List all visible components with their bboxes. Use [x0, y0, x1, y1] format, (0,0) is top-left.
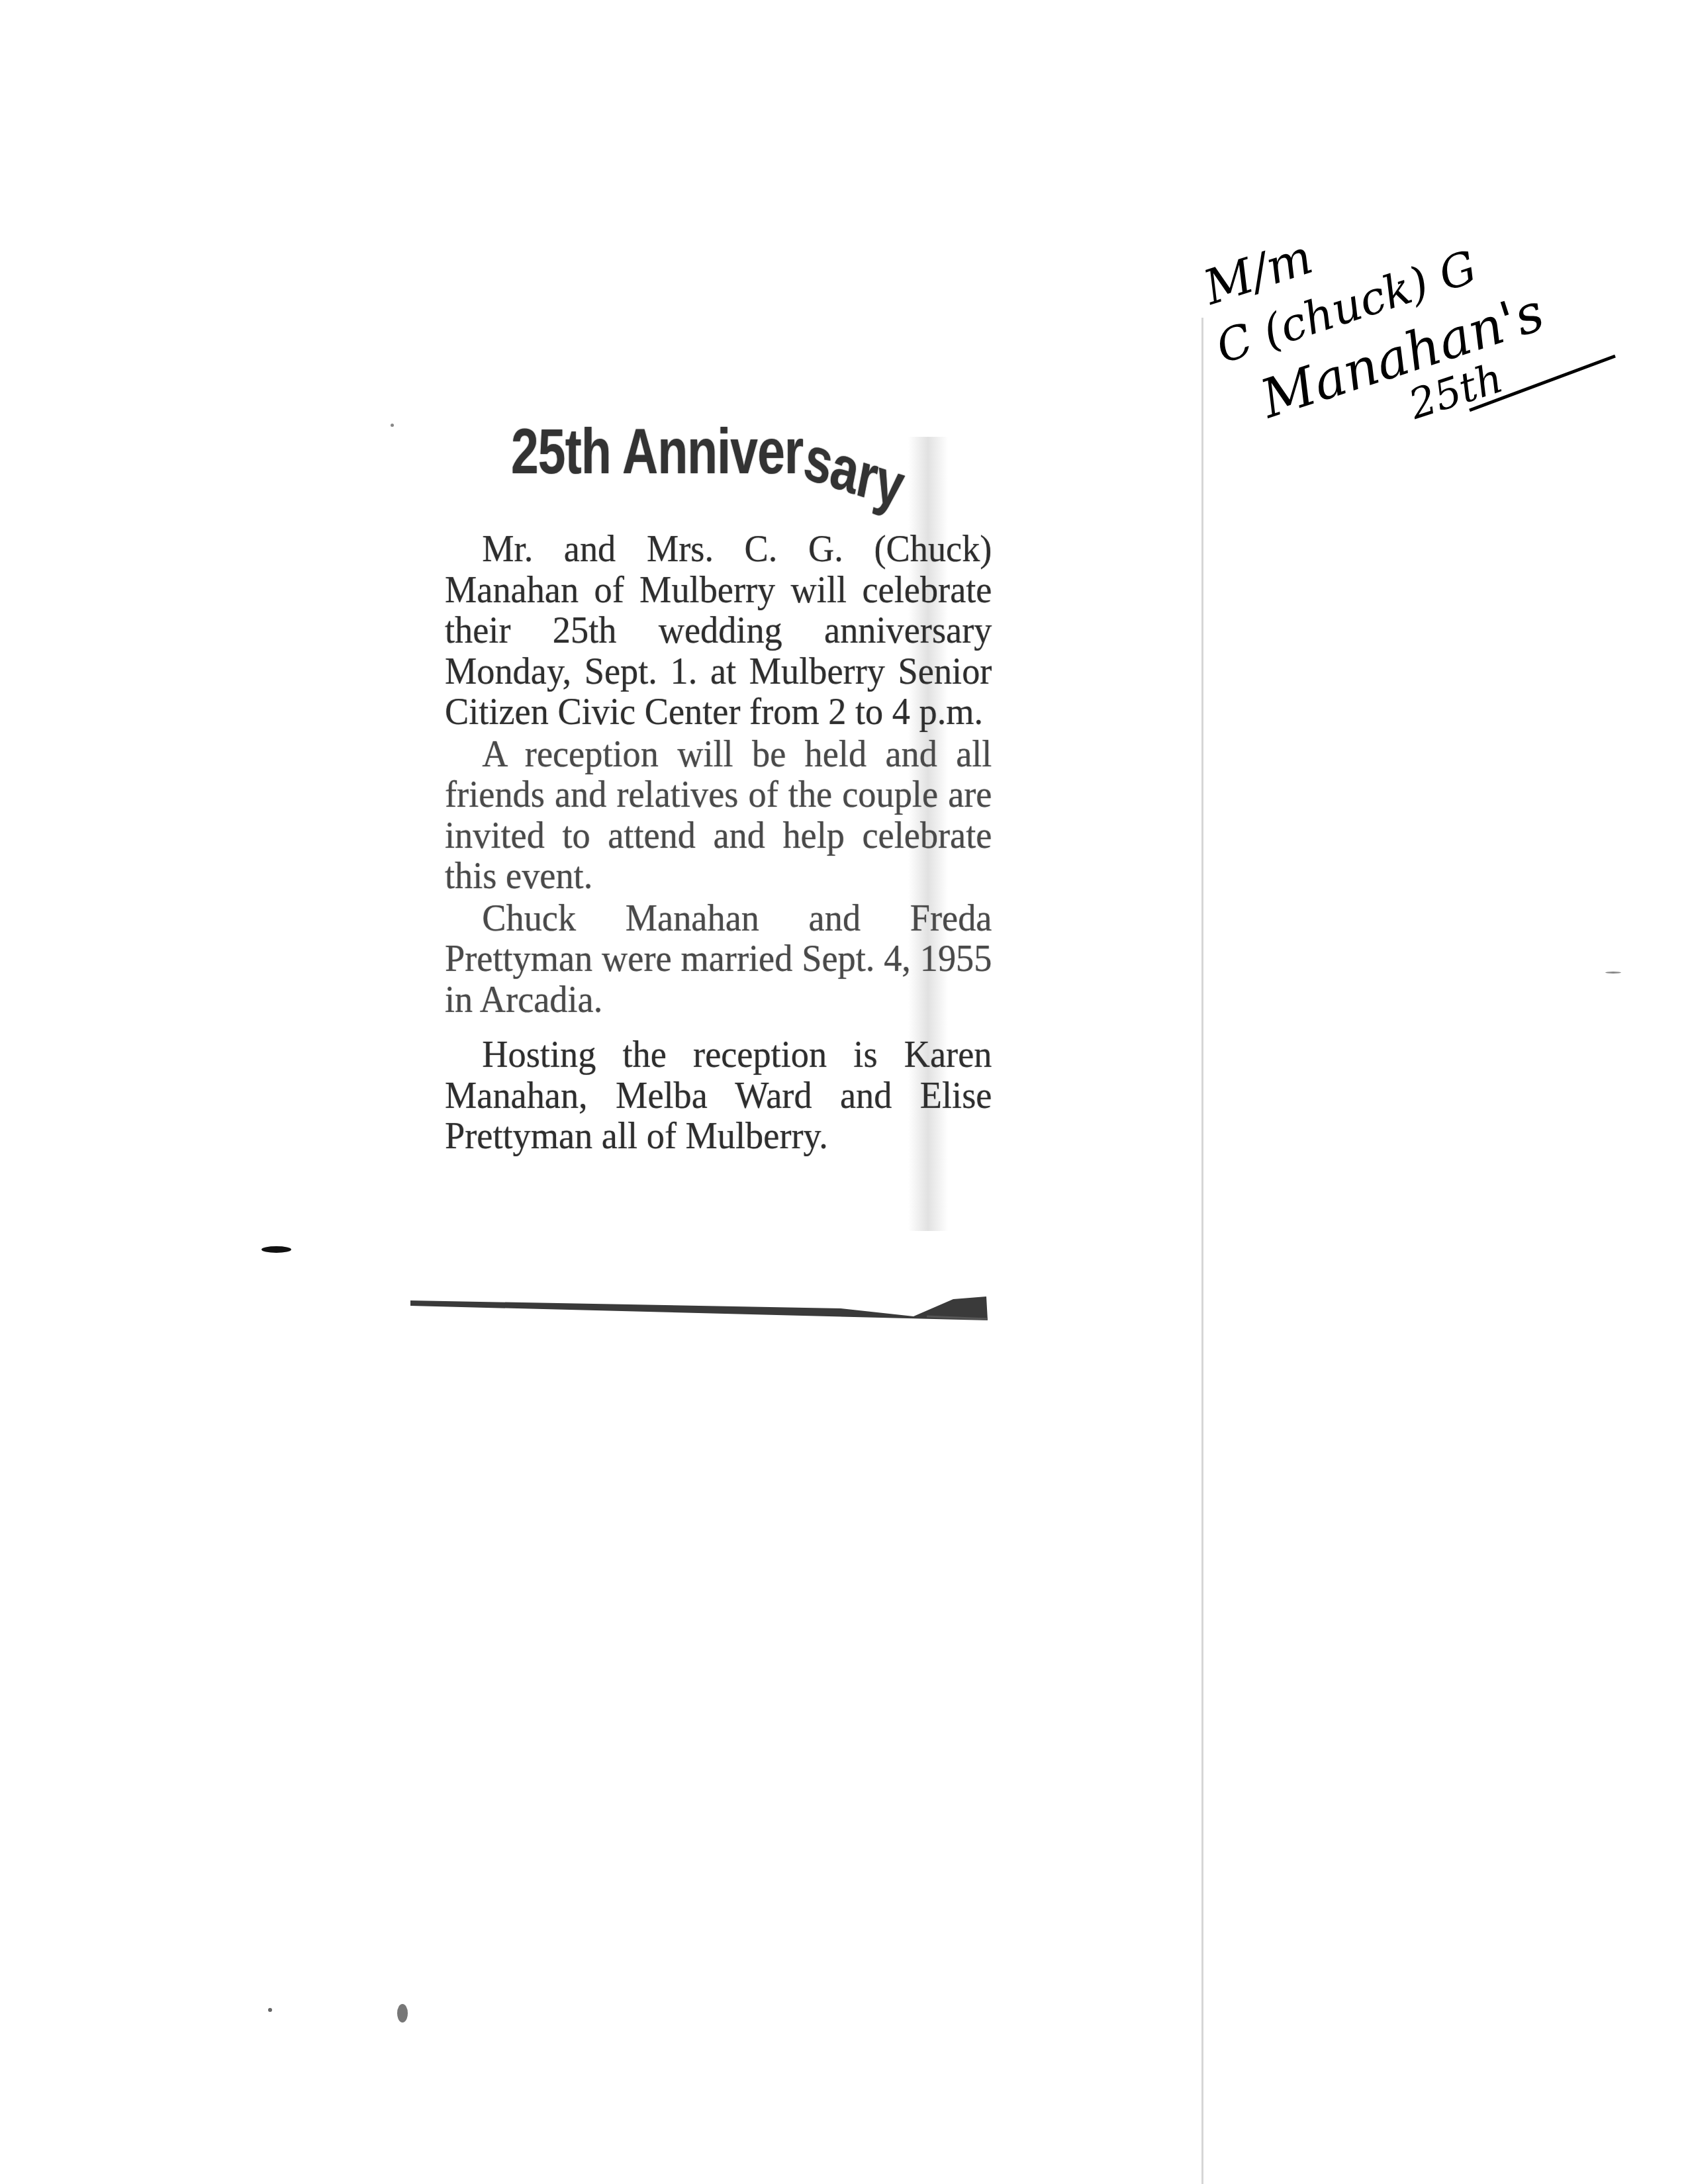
- clipping-title-main: 25th Anniver: [511, 416, 803, 487]
- stray-mark-right: [1605, 972, 1621, 974]
- clipping-title: 25th Anniversary: [511, 416, 903, 488]
- newspaper-clipping: 25th Anniversary Mr. and Mrs. C. G. (Chu…: [437, 397, 1013, 1350]
- clipping-title-tail: sary: [798, 422, 909, 523]
- clipping-bottom-rule: [410, 1294, 1006, 1334]
- stray-mark-dot: [268, 2008, 272, 2012]
- stray-mark-top: [391, 424, 394, 427]
- handwritten-note: M/m C (chuck) G Manahan's 25th: [1178, 172, 1628, 424]
- stray-mark-bottom: [397, 2004, 408, 2023]
- stray-mark-left: [261, 1246, 291, 1253]
- page-edge-line: [1201, 318, 1203, 2184]
- paragraph-hosts: Hosting the reception is Karen Manahan, …: [445, 1035, 992, 1158]
- paragraph-marriage: Chuck Manahan and Freda Prettyman were m…: [445, 899, 992, 1021]
- paragraph-announcement: Mr. and Mrs. C. G. (Chuck) Manahan of Mu…: [445, 529, 992, 733]
- clipping-body: Mr. and Mrs. C. G. (Chuck) Manahan of Mu…: [445, 529, 1009, 1158]
- paragraph-reception: A reception will be held and all friends…: [445, 735, 992, 897]
